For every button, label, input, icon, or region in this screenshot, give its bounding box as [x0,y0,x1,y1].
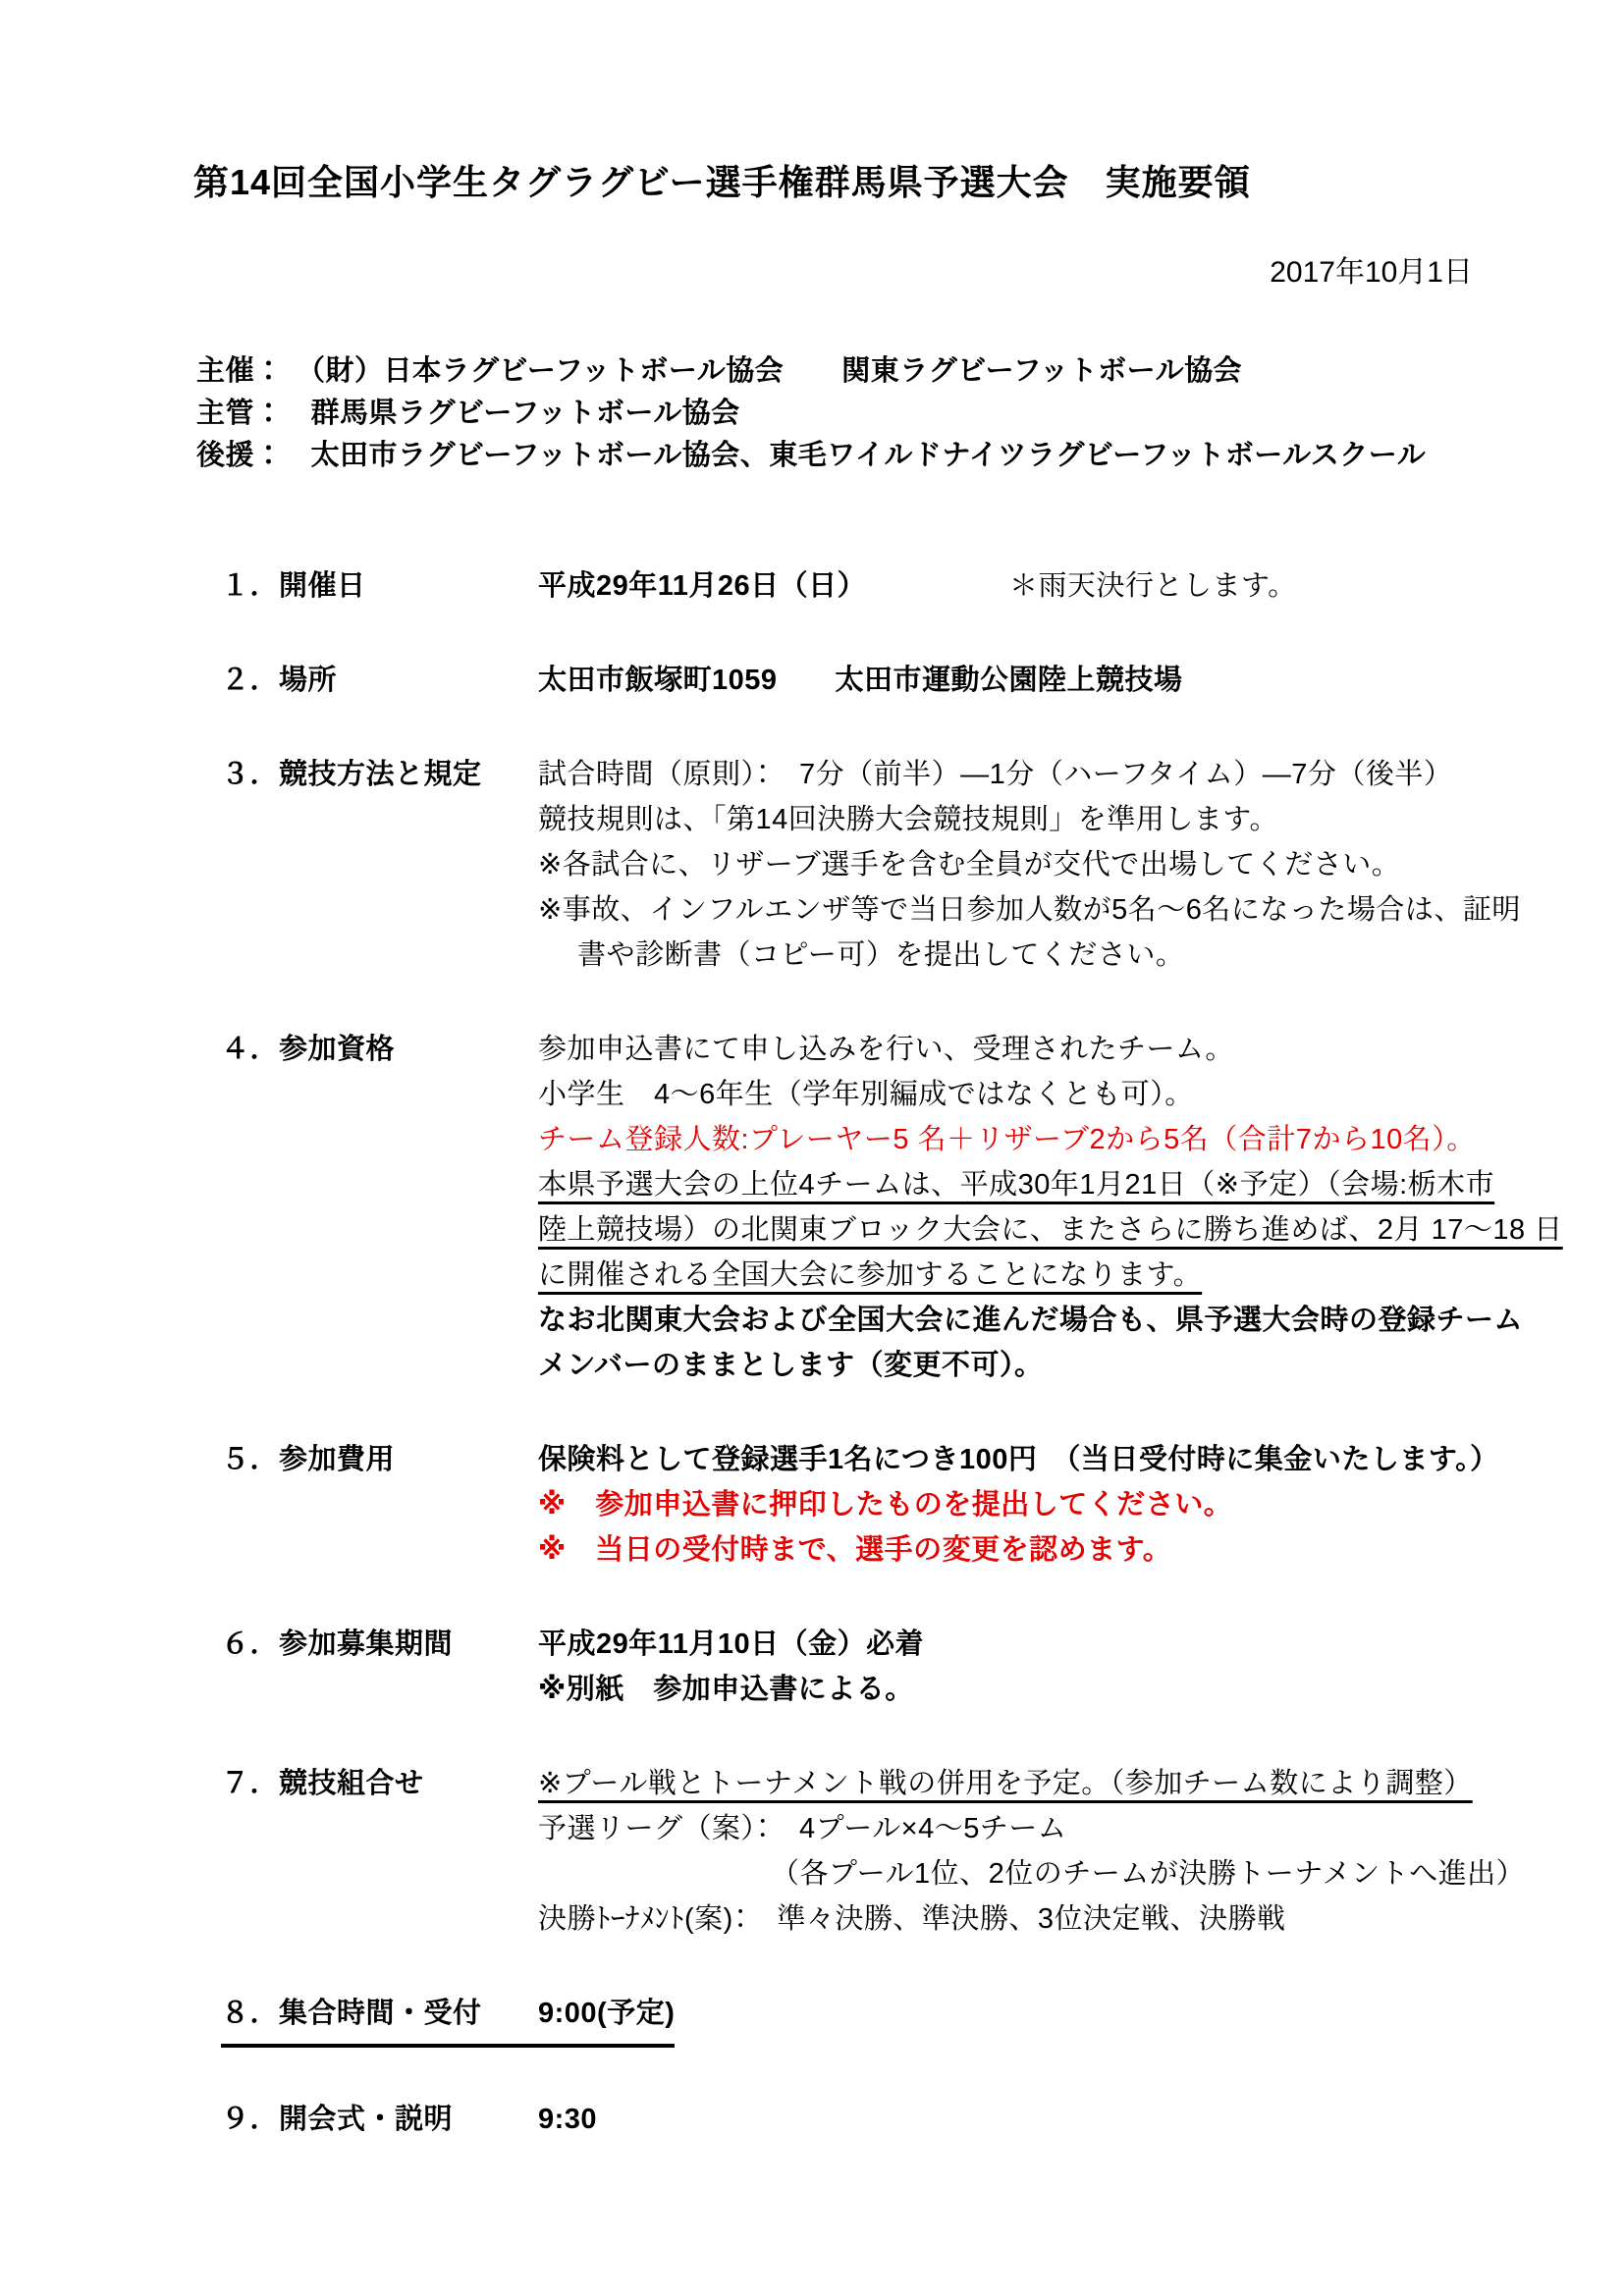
section-label: ４．参加資格 [221,1027,538,1388]
section-opening-ceremony: ９．開会式・説明 9:30 [221,2097,1624,2142]
text-line: 9:00(予定) [538,1991,675,2036]
text-line-underlined: に開催される全国大会に参加することになります。 [538,1253,1624,1298]
section-label: １．開催日 [221,563,538,609]
organizer-label: 後援： [196,440,284,471]
section-label: ６．参加募集期間 [221,1622,538,1712]
section-label: ２．場所 [221,658,538,703]
organizer-row-shusai: 主催：（財）日本ラグビーフットボール協会 関東ラグビーフットボール協会 [196,350,1624,393]
text-line: 保険料として登録選手1名につき100円 （当日受付時に集金いたします。） [538,1437,1624,1482]
text-line: 平成29年11月26日（日） ＊雨天決行とします。 [538,563,1624,609]
section-label: ３．競技方法と規定 [221,752,538,978]
section-fee: ５．参加費用 保険料として登録選手1名につき100円 （当日受付時に集金いたしま… [221,1437,1624,1573]
section-label: ５．参加費用 [221,1437,538,1573]
section-label: ８．集合時間・受付 [221,1991,538,2036]
section-event-date: １．開催日 平成29年11月26日（日） ＊雨天決行とします。 [221,563,1624,609]
sections-block: １．開催日 平成29年11月26日（日） ＊雨天決行とします。 ２．場所 太田市… [221,563,1624,2142]
text-line: （各プール1位、2位のチームが決勝トーナメントへ進出） [538,1851,1624,1896]
organizer-label: 主管： [196,398,284,429]
organizer-text: 太田市ラグビーフットボール協会、東毛ワイルドナイツラグビーフットボールスクール [311,440,1427,471]
text-line: 予選リーグ（案）： 4プール×4～5チーム [538,1806,1624,1851]
section-match-format: ７．競技組合せ ※プール戦とトーナメント戦の併用を予定。（参加チーム数により調整… [221,1761,1624,1942]
section-venue: ２．場所 太田市飯塚町1059 太田市運動公園陸上競技場 [221,658,1624,703]
text-line: メンバーのままとします（変更不可）。 [538,1343,1624,1388]
section-application-period: ６．参加募集期間 平成29年11月10日（金）必着 ※別紙 参加申込書による。 [221,1622,1624,1712]
organizer-text: （財）日本ラグビーフットボール協会 関東ラグビーフットボール協会 [311,355,1243,387]
text-line-underlined: 陸上競技場）の北関東ブロック大会に、またさらに勝ち進めば、2月 17～18 日 [538,1207,1624,1253]
organizer-row-koen: 後援：太田市ラグビーフットボール協会、東毛ワイルドナイツラグビーフットボールスク… [196,435,1624,477]
section-label: ９．開会式・説明 [221,2097,538,2142]
document-date: 2017年10月1日 [0,247,1473,291]
organizer-block: 主催：（財）日本ラグビーフットボール協会 関東ラグビーフットボール協会 主管：群… [196,350,1624,477]
text-line-red: ※ 当日の受付時まで、選手の変更を認めます。 [538,1527,1624,1573]
text-line: 競技規則は、「第14回決勝大会競技規則」を準用します。 [538,797,1624,842]
text-line: なお北関東大会および全国大会に進んだ場合も、県予選大会時の登録チーム [538,1298,1624,1343]
section-assembly-time: ８．集合時間・受付 9:00(予定) [221,1991,1624,2048]
organizer-row-shukan: 主管：群馬県ラグビーフットボール協会 [196,393,1624,435]
document-page: 第14回全国小学生タグラグビー選手権群馬県予選大会 実施要領 2017年10月1… [0,0,1624,2296]
text-line: ※事故、インフルエンザ等で当日参加人数が5名～6名になった場合は、証明 [538,887,1624,933]
text-line-underlined: 本県予選大会の上位4チームは、平成30年1月21日（※予定）（会場:栃木市 [538,1162,1624,1207]
organizer-label: 主催： [196,355,284,387]
organizer-text: 群馬県ラグビーフットボール協会 [311,398,740,429]
rain-note: ＊雨天決行とします。 [1009,563,1297,609]
text-line: ※別紙 参加申込書による。 [538,1667,1624,1712]
section-eligibility: ４．参加資格 参加申込書にて申し込みを行い、受理されたチーム。 小学生 4～6年… [221,1027,1624,1388]
text-line: 決勝ﾄｰﾅﾒﾝﾄ(案)： 準々決勝、準決勝、3位決定戦、決勝戦 [538,1896,1624,1942]
text-line: 小学生 4～6年生（学年別編成ではなくとも可）。 [538,1072,1624,1117]
section-rules: ３．競技方法と規定 試合時間（原則）： 7分（前半）―1分（ハーフタイム）―7分… [221,752,1624,978]
text-line: ※各試合に、リザーブ選手を含む全員が交代で出場してください。 [538,842,1624,887]
text-line: 試合時間（原則）： 7分（前半）―1分（ハーフタイム）―7分（後半） [538,752,1624,797]
text-line-red: チーム登録人数:プレーヤー5 名＋リザーブ2から5名（合計7から10名）。 [538,1117,1624,1162]
text-line-underlined: ※プール戦とトーナメント戦の併用を予定。（参加チーム数により調整） [538,1761,1624,1806]
text-line: 平成29年11月10日（金）必着 [538,1622,1624,1667]
page-title: 第14回全国小学生タグラグビー選手権群馬県予選大会 実施要領 [193,0,1624,205]
text-line-red: ※ 参加申込書に押印したものを提出してください。 [538,1482,1624,1527]
text-line: 参加申込書にて申し込みを行い、受理されたチーム。 [538,1027,1624,1072]
text-line: 太田市飯塚町1059 太田市運動公園陸上競技場 [538,658,1624,703]
text-line: 書や診断書（コピー可）を提出してください。 [538,933,1624,978]
assembly-time-row: ８．集合時間・受付 9:00(予定) [221,1991,675,2048]
text-line: 9:30 [538,2097,1624,2142]
section-label: ７．競技組合せ [221,1761,538,1942]
